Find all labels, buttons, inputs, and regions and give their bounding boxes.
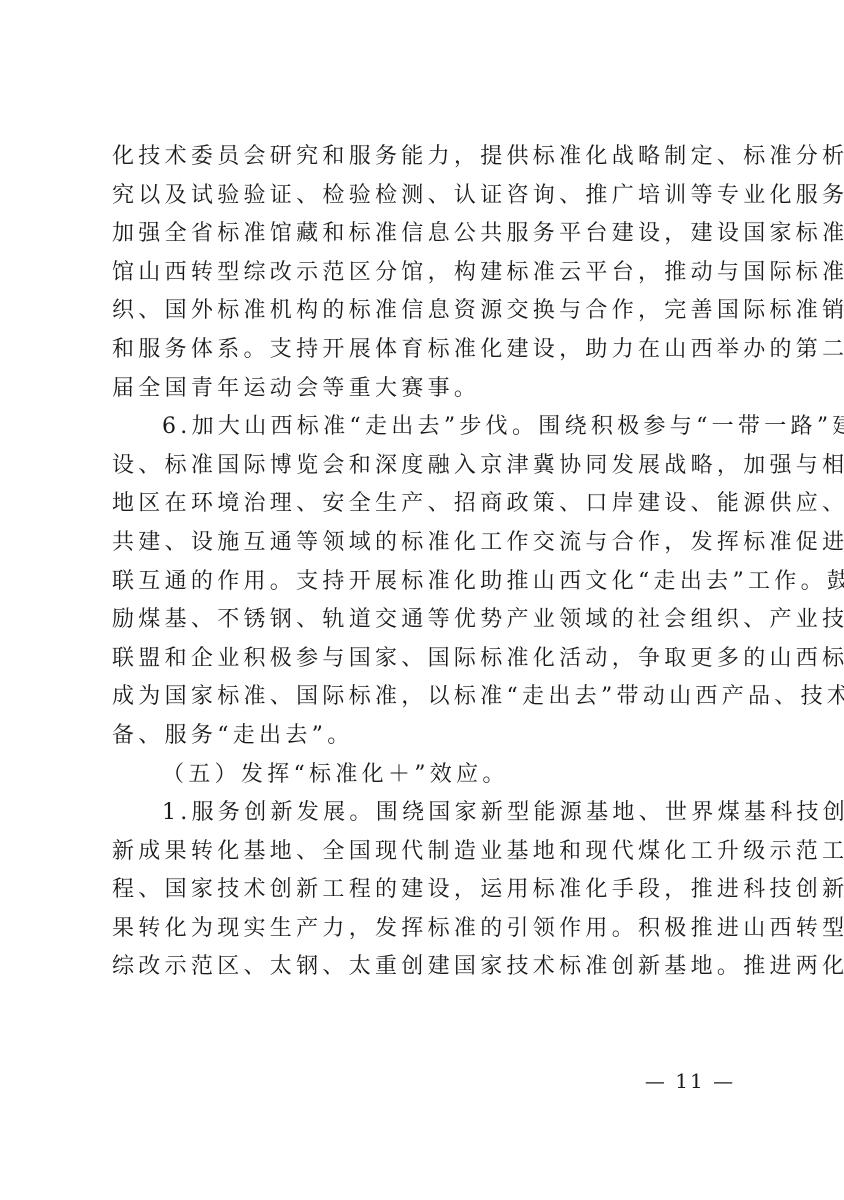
text-line: 地区在环境治理、安全生产、招商政策、口岸建设、能源供应、园区: [112, 485, 738, 524]
text-line: 届全国青年运动会等重大赛事。: [112, 370, 738, 409]
text-line: 1.服务创新发展。围绕国家新型能源基地、世界煤基科技创: [112, 794, 738, 833]
text-line: 和服务体系。支持开展体育标准化建设，助力在山西举办的第二: [112, 331, 738, 370]
text-line: 成为国家标准、国际标准，以标准“走出去”带动山西产品、技术、装: [112, 678, 738, 717]
text-line: 设、标准国际博览会和深度融入京津冀协同发展战略，加强与相关: [112, 447, 738, 486]
page-number: — 11 —: [640, 1066, 740, 1096]
text-line: 共建、设施互通等领域的标准化工作交流与合作，发挥标准促进互: [112, 524, 738, 563]
text-line: 联互通的作用。支持开展标准化助推山西文化“走出去”工作。鼓: [112, 563, 738, 602]
body-text: 化技术委员会研究和服务能力，提供标准化战略制定、标准分析研 究以及试验验证、检验…: [112, 138, 738, 987]
text-line: 馆山西转型综改示范区分馆，构建标准云平台，推动与国际标准组: [112, 254, 738, 293]
section-heading: （五）发挥“标准化＋”效应。: [112, 756, 738, 795]
document-page: 化技术委员会研究和服务能力，提供标准化战略制定、标准分析研 究以及试验验证、检验…: [0, 0, 844, 1200]
text-line: 究以及试验验证、检验检测、认证咨询、推广培训等专业化服务。: [112, 177, 738, 216]
text-line: 化技术委员会研究和服务能力，提供标准化战略制定、标准分析研: [112, 138, 738, 177]
text-line: 织、国外标准机构的标准信息资源交换与合作，完善国际标准销售: [112, 292, 738, 331]
text-line: 综改示范区、太钢、太重创建国家技术标准创新基地。推进两化融: [112, 948, 738, 987]
text-line: 联盟和企业积极参与国家、国际标准化活动，争取更多的山西标准: [112, 640, 738, 679]
text-line: 励煤基、不锈钢、轨道交通等优势产业领域的社会组织、产业技术: [112, 601, 738, 640]
text-line: 备、服务“走出去”。: [112, 717, 738, 756]
text-line: 新成果转化基地、全国现代制造业基地和现代煤化工升级示范工: [112, 833, 738, 872]
text-line: 加强全省标准馆藏和标准信息公共服务平台建设，建设国家标准: [112, 215, 738, 254]
text-line: 程、国家技术创新工程的建设，运用标准化手段，推进科技创新成: [112, 871, 738, 910]
text-line: 果转化为现实生产力，发挥标准的引领作用。积极推进山西转型: [112, 910, 738, 949]
text-line: 6.加大山西标准“走出去”步伐。围绕积极参与“一带一路”建: [112, 408, 738, 447]
